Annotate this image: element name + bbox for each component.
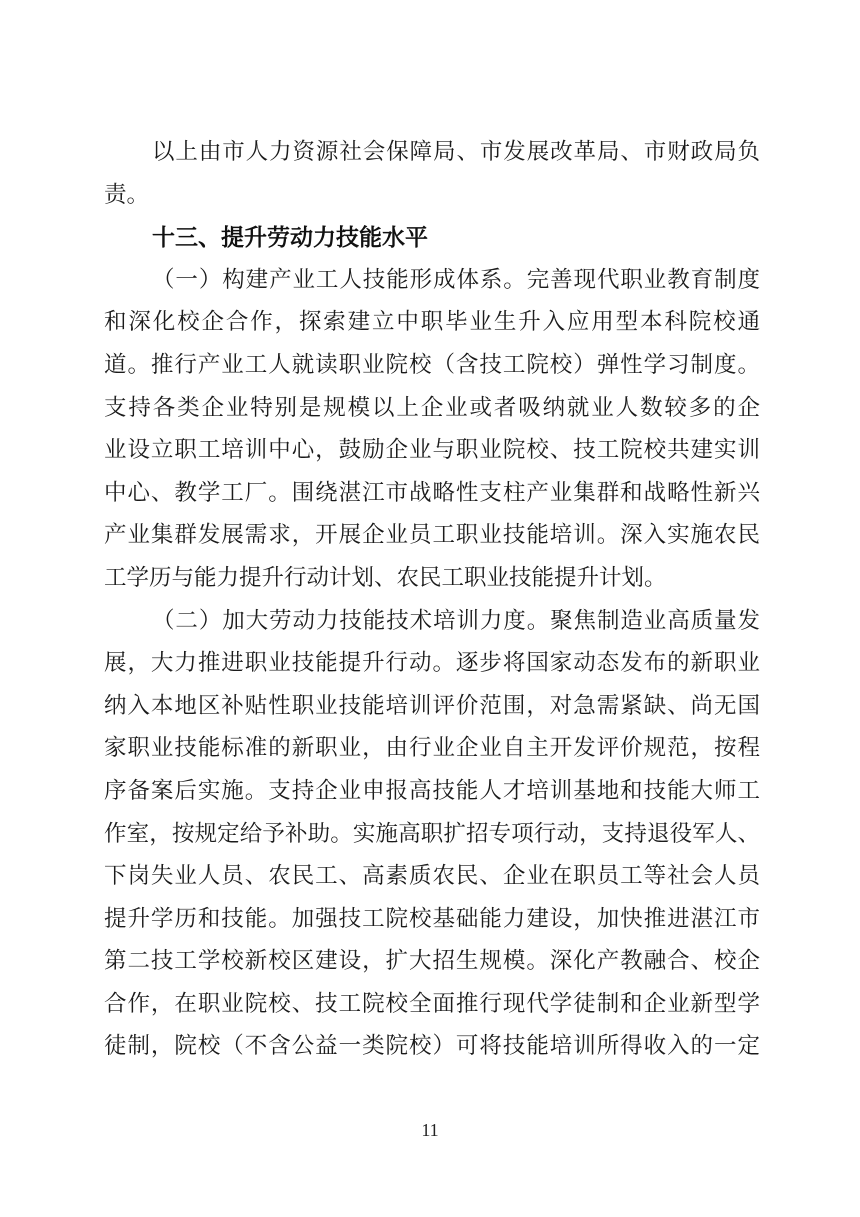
paragraph-line: 徒制，院校（不含公益一类院校）可将技能培训所得收入的一定 [104,1025,760,1068]
paragraph-line: 提升学历和技能。加强技工院校基础能力建设，加快推进湛江市 [104,898,760,941]
paragraph-line: 下岗失业人员、农民工、高素质农民、企业在职员工等社会人员 [104,855,760,898]
paragraph-line: 道。推行产业工人就读职业院校（含技工院校）弹性学习制度。 [104,344,760,387]
paragraph-line: 和深化校企合作，探索建立中职毕业生升入应用型本科院校通 [104,301,760,344]
paragraph-line: 序备案后实施。支持企业申报高技能人才培训基地和技能大师工 [104,770,760,813]
paragraph-line: （二）加大劳动力技能技术培训力度。聚焦制造业高质量发 [104,600,760,643]
paragraph-line: 第二技工学校新校区建设，扩大招生规模。深化产教融合、校企 [104,940,760,983]
paragraph-line: 支持各类企业特别是规模以上企业或者吸纳就业人数较多的企 [104,387,760,430]
paragraph-line: 纳入本地区补贴性职业技能培训评价范围，对急需紧缺、尚无国 [104,685,760,728]
section-heading: 十三、提升劳动力技能水平 [104,216,760,259]
document-body: 以上由市人力资源社会保障局、市发展改革局、市财政局负 责。 十三、提升劳动力技能… [104,131,760,1068]
paragraph-line: 展，大力推进职业技能提升行动。逐步将国家动态发布的新职业 [104,642,760,685]
paragraph-line: 中心、教学工厂。围绕湛江市战略性支柱产业集群和战略性新兴 [104,472,760,515]
paragraph-line: 责。 [104,174,760,217]
paragraph-line: 业设立职工培训中心，鼓励企业与职业院校、技工院校共建实训 [104,429,760,472]
paragraph-line: 合作，在职业院校、技工院校全面推行现代学徒制和企业新型学 [104,983,760,1026]
document-page: 以上由市人力资源社会保障局、市发展改革局、市财政局负 责。 十三、提升劳动力技能… [0,0,860,1217]
paragraph-line: 以上由市人力资源社会保障局、市发展改革局、市财政局负 [104,131,760,174]
paragraph-line: （一）构建产业工人技能形成体系。完善现代职业教育制度 [104,259,760,302]
paragraph-line: 作室，按规定给予补助。实施高职扩招专项行动，支持退役军人、 [104,813,760,856]
page-number: 11 [0,1116,860,1144]
paragraph-line: 工学历与能力提升行动计划、农民工职业技能提升计划。 [104,557,760,600]
paragraph-line: 家职业技能标准的新职业，由行业企业自主开发评价规范，按程 [104,727,760,770]
paragraph-line: 产业集群发展需求，开展企业员工职业技能培训。深入实施农民 [104,514,760,557]
